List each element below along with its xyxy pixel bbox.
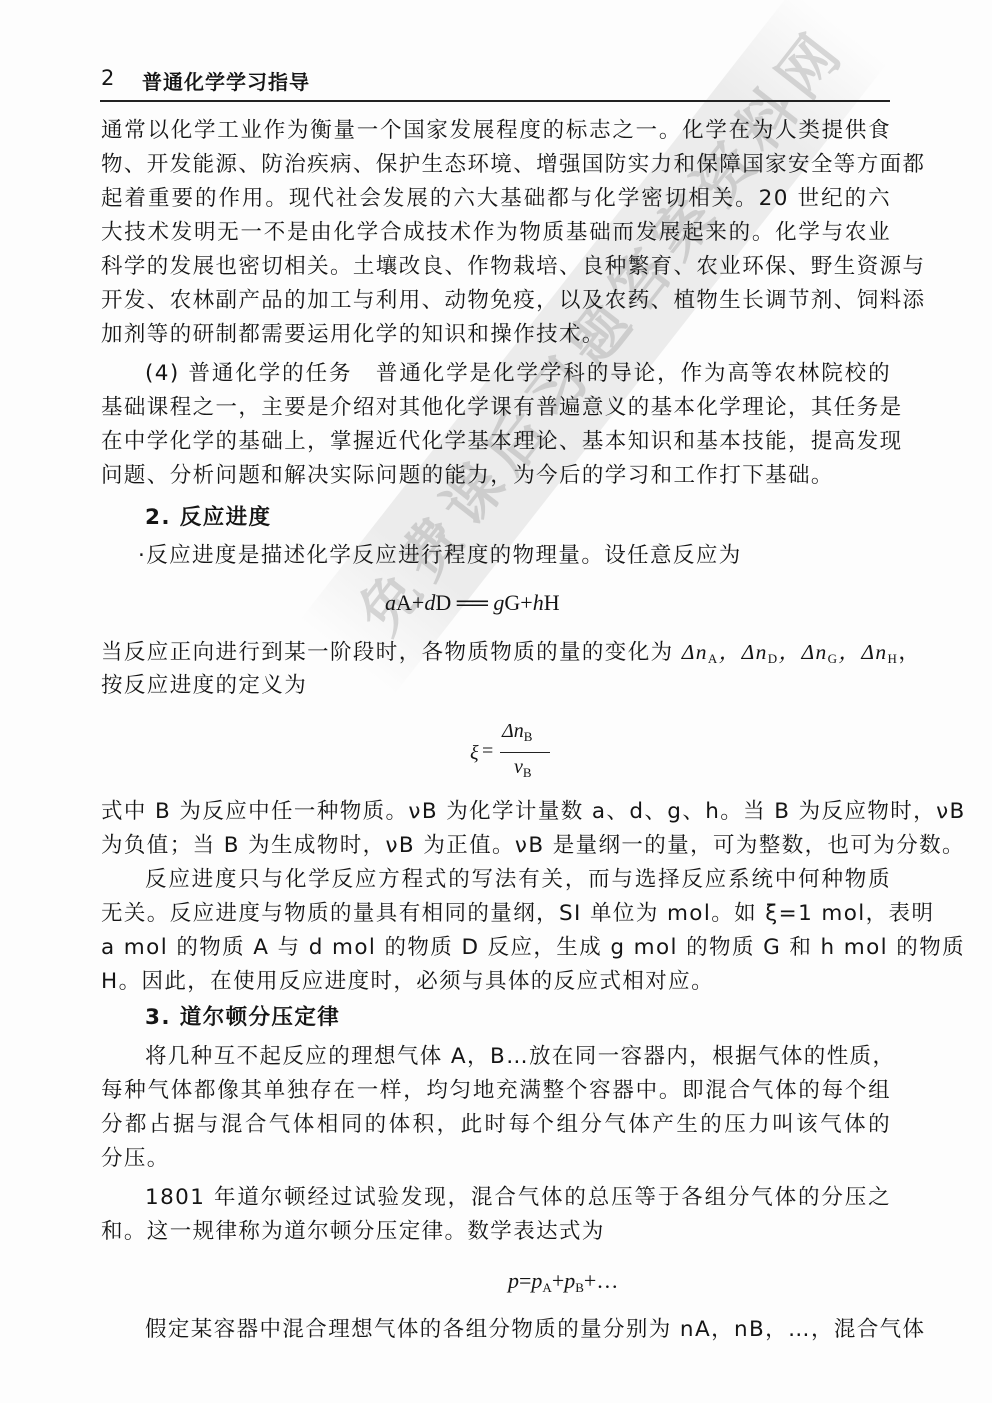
delta-n: ，Δn [719,640,768,664]
section-heading: 3. 道尔顿分压定律 [145,1003,935,1033]
denominator: νB [514,756,532,781]
delta-n: Δn [682,640,708,664]
xi-symbol: ξ [470,742,479,765]
book-title: 普通化学学习指导 [142,66,310,95]
partial-pressure: p [531,1268,542,1293]
partial-pressure: p [564,1268,575,1293]
running-header: 2 普通化学学习指导 [100,64,890,102]
subscript: H [888,651,899,666]
delta-n: Δn [502,720,524,742]
paragraph-line: 1801 年道尔顿经过试验发现，混合气体的总压等于各组分气体的分压之 [145,1183,891,1213]
paragraph-line: 无关。反应进度与物质的量具有相同的量纲，SI 单位为 mol。如 ξ=1 mol… [101,899,891,929]
paragraph-line: 当反应正向进行到某一阶段时，各物质物质的量的变化为 ΔnA，ΔnD，ΔnG，Δn… [101,637,891,667]
paragraph-line: H。因此，在使用反应进度时，必须与具体的反应式相对应。 [101,967,891,997]
total-pressure: p [508,1268,519,1293]
subscript: B [575,1280,584,1295]
paragraph-line: 通常以化学工业作为衡量一个国家发展程度的标志之一。化学在为人类提供食 [101,116,891,146]
equals-sign: = [482,740,493,763]
paragraph-line: 和。这一规律称为道尔顿分压定律。数学表达式为 [101,1217,891,1247]
coef-h: h [533,590,544,615]
dalton-law-formula: p=pA+pB+… [508,1268,618,1296]
paragraph-line: 分都占据与混合气体相同的体积，此时每个组分气体产生的压力叫该气体的 [101,1110,891,1140]
paragraph-line: 每种气体都像其单独存在一样，均匀地充满整个容器中。即混合气体的每个组 [101,1076,891,1106]
delta-n: ，Δn [779,640,828,664]
comma: ， [898,640,921,664]
section-heading: 2. 反应进度 [145,503,935,533]
paragraph-line: 起着重要的作用。现代社会发展的六大基础都与化学密切相关。20 世纪的六 [101,184,891,214]
equilibrium-sign: ══ [457,590,488,615]
paragraph-line: 开发、农林副产品的加工与利用、动物免疫，以及农药、植物生长调节剂、饲料添 [101,286,891,316]
paragraph-line: 为负值；当 B 为生成物时，νB 为正值。νB 是量纲一的量，可为整数，也可为分… [101,831,891,861]
paragraph-line: (4) 普通化学的任务 普通化学是化学学科的导论，作为高等农林院校的 [145,359,891,389]
ellipsis: … [596,1268,618,1293]
reaction-equation: aA+dD ══ gG+hH [385,590,560,616]
paragraph-line: 按反应进度的定义为 [101,671,891,701]
coef-a: a [385,590,396,615]
paragraph-line: 大技术发明无一不是由化学合成技术作为物质基础而发展起来的。化学与农业 [101,218,891,248]
subscript: A [708,651,719,666]
paragraph-line: 反应进度只与化学反应方程式的写法有关，而与选择反应系统中何种物质 [145,865,891,895]
coef-d: d [424,590,435,615]
paragraph-line: ·反应进度是描述化学反应进行程度的物理量。设任意反应为 [138,541,928,571]
document-page: 免费课后习题答案资料网 2 普通化学学习指导 通常以化学工业作为衡量一个国家发展… [0,0,992,1403]
species-G: G [504,590,520,615]
plus-sign: + [412,590,424,615]
delta-n: ，Δn [838,640,887,664]
species-H: H [544,590,560,615]
header-rule [100,100,890,102]
coef-g: g [493,590,504,615]
subscript: B [523,765,532,780]
paragraph-line: 分压。 [101,1144,891,1174]
paragraph-line: 加剂等的研制都需要运用化学的知识和操作技术。 [101,320,891,350]
text-span: 当反应正向进行到某一阶段时，各物质物质的量的变化为 [101,640,682,665]
paragraph-line: 问题、分析问题和解决实际问题的能力，为今后的学习和工作打下基础。 [101,461,891,491]
paragraph-line: 基础课程之一，主要是介绍对其他化学课有普遍意义的基本化学理论，其任务是 [101,393,891,423]
subscript: D [768,651,779,666]
nu-symbol: ν [514,756,523,778]
page-number: 2 [101,66,114,90]
paragraph-line: 物、开发能源、防治疾病、保护生态环境、增强国防实力和保障国家安全等方面都 [101,150,891,180]
plus-sign: + [520,590,532,615]
delta-list: ΔnA，ΔnD，ΔnG，ΔnH， [682,640,922,664]
species-A: A [396,590,412,615]
plus-sign: + [584,1268,596,1293]
paragraph-line: 式中 B 为反应中任一种物质。νB 为化学计量数 a、d、g、h。当 B 为反应… [101,797,891,827]
paragraph-line: 假定某容器中混合理想气体的各组分物质的量分别为 nA，nB，…，混合气体 [145,1315,891,1345]
subscript: A [542,1280,551,1295]
paragraph-line: 在中学化学的基础上，掌握近代化学基本理论、基本知识和基本技能，提高发现 [101,427,891,457]
paragraph-line: 将几种互不起反应的理想气体 A，B…放在同一容器内，根据气体的性质， [145,1042,891,1072]
fraction-bar [500,752,550,753]
equals-sign: = [519,1268,531,1293]
subscript: B [524,729,533,744]
species-D: D [435,590,451,615]
subscript: G [828,651,839,666]
plus-sign: + [552,1268,564,1293]
paragraph-line: 科学的发展也密切相关。土壤改良、作物栽培、良种繁育、农业环保、野生资源与 [101,252,891,282]
paragraph-line: a mol 的物质 A 与 d mol 的物质 D 反应，生成 g mol 的物… [101,933,891,963]
numerator: ΔnB [502,720,532,745]
